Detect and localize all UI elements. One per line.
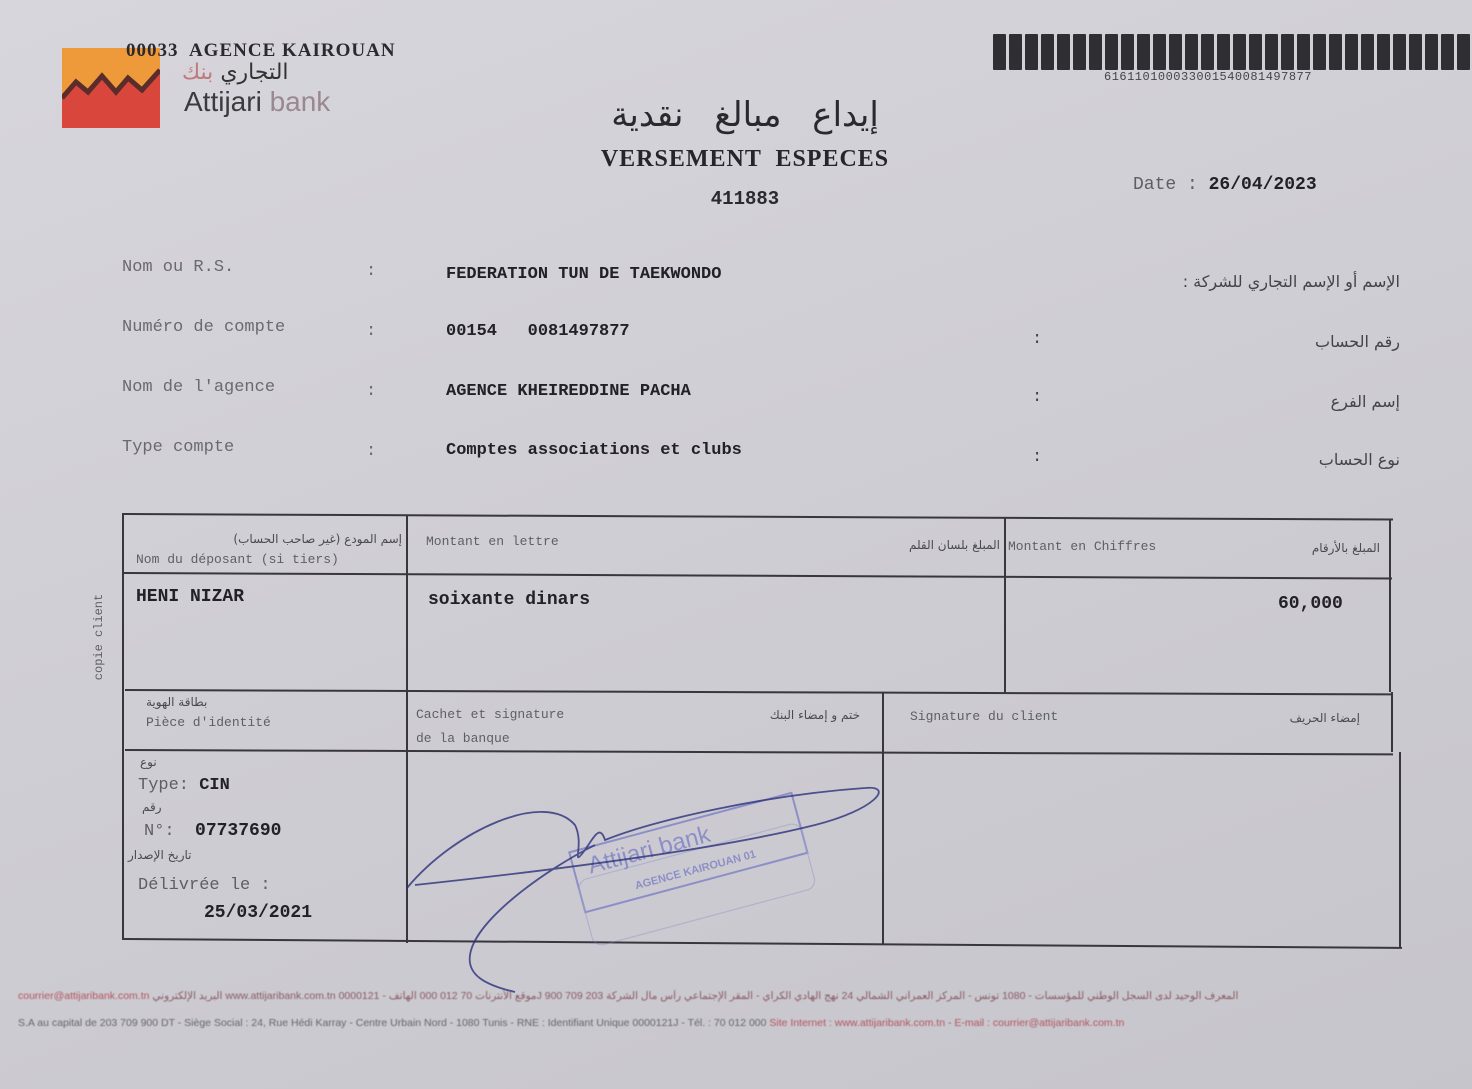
id-label-arabic: بطاقة الهوية bbox=[146, 695, 207, 709]
bank-stamp-label-line2: de la banque bbox=[416, 731, 510, 746]
info-label-account-number: Numéro de compte bbox=[122, 318, 285, 337]
id-type: Type: CIN bbox=[138, 776, 230, 795]
amount-words-label-arabic: المبلغ بلسان القلم bbox=[760, 538, 1000, 552]
info-value-name: FEDERATION TUN DE TAEKWONDO bbox=[446, 265, 721, 284]
info-label-agency-arabic: إسم الفرع bbox=[1331, 392, 1400, 411]
info-colon: : bbox=[366, 322, 376, 341]
id-type-label-arabic: نوع bbox=[140, 755, 157, 769]
info-colon: : bbox=[366, 382, 376, 401]
id-number-label-arabic: رقم bbox=[142, 800, 162, 814]
info-label-account-type: Type compte bbox=[122, 438, 234, 457]
info-value-account-type: Comptes associations et clubs bbox=[446, 441, 742, 460]
title-arabic: إيداع مبالغ نقدية bbox=[520, 95, 970, 135]
id-issued-label: Délivrée le : bbox=[138, 876, 271, 895]
svg-text:Attijari bank: Attijari bank bbox=[585, 821, 714, 880]
info-colon-arabic: : bbox=[1032, 330, 1042, 349]
bank-stamp-label-line1: Cachet et signature bbox=[416, 707, 564, 722]
info-label-name-arabic: الإسم أو الإسم التجاري للشركة : bbox=[1183, 272, 1400, 291]
agency-header: 00033 AGENCE KAIROUAN bbox=[126, 40, 396, 62]
id-number: N°: 07737690 bbox=[144, 821, 281, 841]
amount-in-words: soixante dinars bbox=[428, 590, 590, 610]
info-colon: : bbox=[366, 262, 376, 281]
id-issued-label-arabic: تاريخ الإصدار bbox=[128, 848, 192, 862]
info-colon-arabic: : bbox=[1032, 448, 1042, 467]
info-label-name: Nom ou R.S. bbox=[122, 258, 234, 277]
id-label: Pièce d'identité bbox=[146, 715, 271, 730]
brand-name-arabic: التجاري بنك bbox=[182, 60, 289, 85]
footer-line-arabic: courrier@attijaribank.com.tn البريد الإل… bbox=[18, 990, 1472, 1002]
receipt-number: 411883 bbox=[690, 188, 800, 210]
info-label-account-type-arabic: نوع الحساب bbox=[1319, 450, 1400, 469]
id-issued-date: 25/03/2021 bbox=[204, 903, 312, 923]
info-label-agency: Nom de l'agence bbox=[122, 378, 275, 397]
bank-stamp-label-arabic: ختم و إمضاء البنك bbox=[680, 708, 860, 722]
client-signature-label-arabic: إمضاء الحريف bbox=[1220, 711, 1360, 725]
amount-figures-label: Montant en Chiffres bbox=[1008, 539, 1156, 554]
amount-figures-label-arabic: المبلغ بالأرقام bbox=[1220, 541, 1380, 555]
info-label-account-number-arabic: رقم الحساب bbox=[1315, 332, 1400, 351]
barcode bbox=[993, 34, 1472, 70]
info-colon-arabic: : bbox=[1032, 388, 1042, 407]
copy-client-label: copie client bbox=[92, 594, 106, 680]
info-colon: : bbox=[366, 442, 376, 461]
info-value-agency: AGENCE KHEIREDDINE PACHA bbox=[446, 382, 691, 401]
brand-name-latin: Attijari bank bbox=[184, 86, 330, 118]
depositor-name: HENI NIZAR bbox=[136, 587, 244, 607]
amount-words-label: Montant en lettre bbox=[426, 534, 559, 549]
svg-text:AGENCE KAIROUAN 01: AGENCE KAIROUAN 01 bbox=[634, 848, 758, 892]
depositor-label-arabic: إسم المودع (غير صاحب الحساب) bbox=[132, 532, 402, 546]
depositor-label: Nom du déposant (si tiers) bbox=[136, 552, 339, 567]
amount-in-figures: 60,000 bbox=[1278, 594, 1343, 614]
client-signature-label: Signature du client bbox=[910, 709, 1058, 724]
title-french: VERSEMENT ESPECES bbox=[540, 146, 950, 173]
bank-stamp-and-signature: Attijari bank AGENCE KAIROUAN 01 bbox=[395, 770, 895, 995]
footer-line-french: S.A au capital de 203 709 900 DT - Siège… bbox=[18, 1017, 1472, 1029]
barcode-number: 616110100033001540081497877 bbox=[1104, 70, 1312, 84]
date-field: Date : 26/04/2023 bbox=[1133, 175, 1317, 195]
info-value-account-number: 00154 0081497877 bbox=[446, 322, 630, 341]
